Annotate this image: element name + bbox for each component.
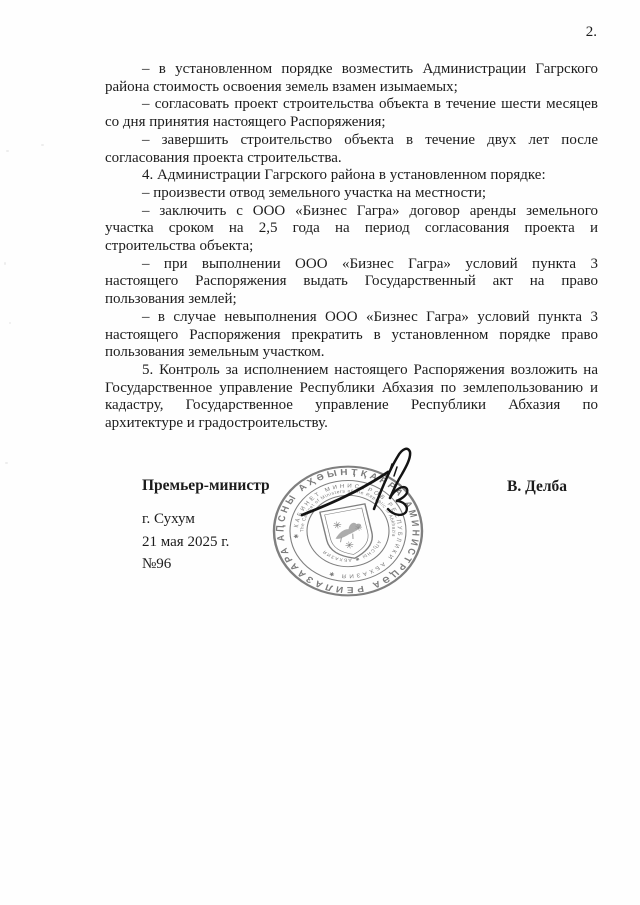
paragraph: – при выполнении ООО «Бизнес Гагра» усло…	[105, 256, 598, 309]
text-line: со дня принятия настоящего Распоряжения;	[105, 114, 598, 132]
signer-title: Премьер-министр	[142, 477, 270, 495]
paragraph: – в установленном порядке возместить Адм…	[105, 61, 598, 96]
scan-speck	[9, 322, 11, 324]
document-number: №96	[142, 556, 171, 573]
text-line: пользования землей;	[105, 291, 598, 309]
svg-text:✳: ✳	[332, 520, 343, 532]
issue-date: 21 мая 2025 г.	[142, 534, 229, 551]
paragraph: 4. Администрации Гагрского района в уста…	[105, 167, 598, 185]
text-line: настоящего Распоряжения выдать Государст…	[105, 273, 598, 291]
paragraph: – произвести отвод земельного участка на…	[105, 185, 598, 203]
paragraph: – заключить с ООО «Бизнес Гагра» договор…	[105, 203, 598, 256]
text-line: согласования проекта строительства.	[105, 150, 598, 168]
text-line: Государственное управление Республики Аб…	[105, 380, 598, 398]
scan-speck	[4, 262, 6, 265]
text-line: 4. Администрации Гагрского района в уста…	[105, 167, 598, 185]
text-line: – в случае невыполнения ООО «Бизнес Гагр…	[105, 309, 598, 327]
text-line: кадастру, Государственное управление Рес…	[105, 397, 598, 415]
paragraph: – завершить строительство объекта в тече…	[105, 132, 598, 167]
text-line: пользования земельным участком.	[105, 344, 598, 362]
paragraph: – в случае невыполнения ООО «Бизнес Гагр…	[105, 309, 598, 362]
scan-speck	[6, 150, 9, 152]
document-body: – в установленном порядке возместить Адм…	[105, 61, 598, 433]
scan-speck	[41, 144, 44, 146]
text-line: строительства объекта;	[105, 238, 598, 256]
text-line: района стоимость освоения земель взамен …	[105, 79, 598, 97]
text-line: настоящего Распоряжения прекратить в уст…	[105, 327, 598, 345]
page-number: 2.	[586, 24, 597, 41]
signer-name: В. Делба	[507, 478, 567, 496]
text-line: – согласовать проект строительства объек…	[105, 96, 598, 114]
paragraph: – согласовать проект строительства объек…	[105, 96, 598, 131]
text-line: – в установленном порядке возместить Адм…	[105, 61, 598, 79]
scan-speck	[5, 462, 8, 464]
text-line: участка сроком на 2,5 года на период сог…	[105, 220, 598, 238]
text-line: – завершить строительство объекта в тече…	[105, 132, 598, 150]
text-line: 5. Контроль за исполнением настоящего Ра…	[105, 362, 598, 380]
text-line: – произвести отвод земельного участка на…	[105, 185, 598, 203]
text-line: – при выполнении ООО «Бизнес Гагра» усло…	[105, 256, 598, 274]
official-seal-icon: АԤСНЫ АҲӘЫНҬҚАРРА АМИНИСТРЦӘА РЕИЛАЗААРА…	[266, 458, 430, 604]
document-page: 2. – в установленном порядке возместить …	[0, 0, 640, 905]
svg-text:✳: ✳	[344, 540, 355, 552]
text-line: архитектуре и градостроительству.	[105, 415, 598, 433]
issue-place: г. Сухум	[142, 511, 195, 528]
paragraph: 5. Контроль за исполнением настоящего Ра…	[105, 362, 598, 433]
text-line: – заключить с ООО «Бизнес Гагра» договор…	[105, 203, 598, 221]
